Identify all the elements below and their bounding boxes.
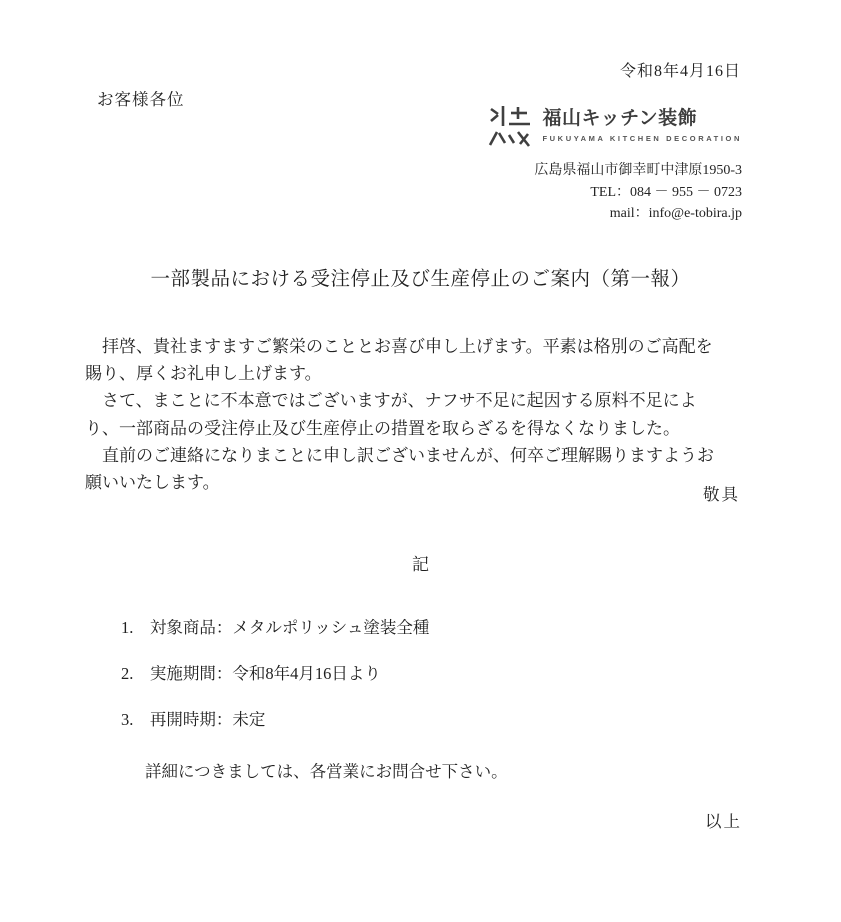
company-name-en: FUKUYAMA KITCHEN DECORATION (542, 134, 742, 143)
record-marker-ki: 記 (0, 550, 841, 575)
end-marker-ijou: 以上 (705, 808, 742, 832)
paragraph-announcement: さて、まことに不本意ではございますが、ナフサ不足に起因する原料不足によ り、一部… (85, 387, 785, 441)
company-logo-text: 福山キッチン装飾 FUKUYAMA KITCHEN DECORATION (542, 104, 742, 143)
document-page: 令和8年4月16日 お客様各位 福山キッチン装飾 (0, 0, 841, 922)
company-mail: mail：info@e-tobira.jp (487, 203, 742, 225)
body-paragraphs: 拝啓、貴社ますますご繁栄のこととお喜び申し上げます。平素は格別のご高配を 賜り、… (85, 333, 785, 496)
paragraph-greeting: 拝啓、貴社ますますご繁栄のこととお喜び申し上げます。平素は格別のご高配を 賜り、… (85, 333, 785, 387)
company-address: 広島県福山市御幸町中津原1950-3 (487, 160, 742, 182)
detail-items-list: 1. 対象商品：メタルポリッシュ塗装全種 2. 実施期間：令和8年4月16日より… (121, 619, 429, 757)
document-date: 令和8年4月16日 (620, 58, 741, 81)
paragraph-apology: 直前のご連絡になりまことに申し訳ございませんが、何卒ご理解賜りますようお 願いい… (85, 442, 785, 496)
company-logo-icon (487, 104, 533, 149)
list-item-target-products: 1. 対象商品：メタルポリッシュ塗装全種 (121, 619, 429, 636)
recipient-line: お客様各位 (97, 86, 185, 110)
company-name: 福山キッチン装飾 (542, 108, 742, 130)
company-tel: TEL：084 － 955 － 0723 (487, 182, 742, 204)
company-block: 福山キッチン装飾 FUKUYAMA KITCHEN DECORATION 広島県… (487, 104, 742, 225)
contact-note: 詳細につきましては、各営業にお問合せ下さい。 (145, 758, 508, 782)
closing-keigu: 敬具 (703, 481, 740, 505)
company-logo: 福山キッチン装飾 FUKUYAMA KITCHEN DECORATION (487, 104, 742, 149)
list-item-period: 2. 実施期間：令和8年4月16日より (121, 665, 429, 682)
document-title: 一部製品における受注停止及び生産停止のご案内（第一報） (0, 263, 841, 291)
company-contact: 広島県福山市御幸町中津原1950-3 TEL：084 － 955 － 0723 … (487, 160, 742, 225)
list-item-restart: 3. 再開時期：未定 (121, 711, 429, 728)
